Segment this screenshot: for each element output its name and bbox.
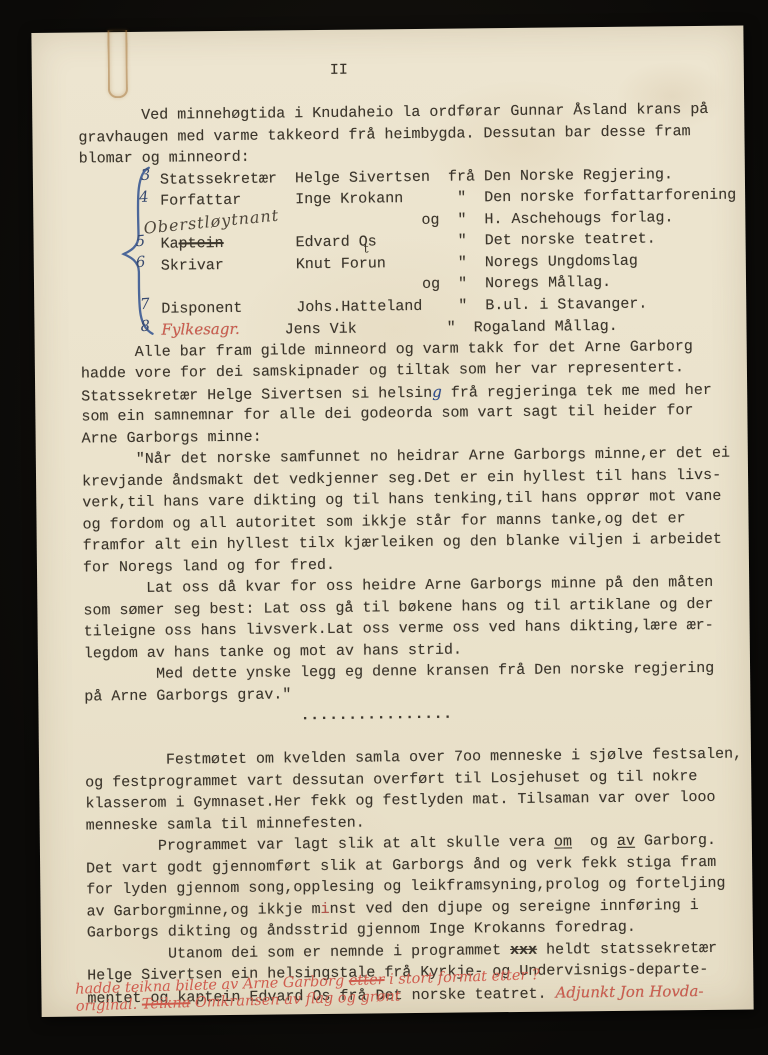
text-segment: blomar og minneord: [79,149,250,168]
text-segment: og " Noregs Mållag. [80,274,611,297]
text-segment-st: Teikna [142,995,191,1013]
text-segment: framfor alt ein hyllest tilx kjærleiken … [83,531,722,555]
text-segment: Garborgs dikting og åndsstrid gjennom In… [87,919,636,942]
text-segment: heldt statssekretær [537,939,717,958]
text-segment: Med dette ynske legg eg denne kransen fr… [84,660,714,684]
margin-number-8: 8 [140,316,151,335]
text-segment-dots: ................ [301,706,453,725]
text-segment-b: g [432,382,442,400]
text-segment: legdom av hans tanke og mot av hans stri… [84,641,462,662]
text-segment-st: etter [349,972,385,989]
text-segment: som ein samnemnar for alle dei godeorda … [81,402,693,425]
text-segment: Jens Vik " Rogaland Mållag. [240,318,618,339]
text-segment: original. [76,997,143,1015]
text-segment-stb: xxx [510,941,537,958]
text-segment: Utanom dei som er nemnde i programmet [87,942,510,963]
text-segment: Garborg. [635,832,716,850]
text-segment: klasserom i Gymnaset.Her fekk og festlyd… [85,789,715,813]
text-segment: tileigne oss hans livsverk.Lat oss verme… [84,617,714,641]
text-segment: Statssekretær Helge Sivertsen si helsin [81,384,432,405]
text-segment: II [78,62,348,82]
paper-page: II Ved minnehøgtida i Knudaheio la ordfø… [31,26,753,1017]
text-segment-u: av [617,833,635,850]
text-segment: Ka [80,235,179,253]
text-segment: hadde vore for dei samskipnader og tilta… [81,359,684,382]
scan-background: { "page": { "language": "Norwegian (Nyno… [0,0,768,1055]
text-segment: for Noregs land og for fred. [83,556,335,576]
margin-number-6: 6 [135,253,146,272]
margin-number-7: 7 [140,294,151,313]
margin-number-3: 3 [140,165,151,184]
text-segment-rt: i [321,900,330,917]
text-segment: Edvard Os " Det norske teatret. [224,230,656,252]
text-segment-r: Fylkesagr. [161,320,239,339]
text-segment-st: ptein [179,235,224,252]
margin-number-annotations: 345678 [31,26,743,33]
margin-number-4: 4 [138,187,149,206]
text-segment: frå regjeringa tek me med her [442,381,712,401]
text-segment: av Garborgminne,og ikkje m [86,901,320,920]
text-segment: menneske samla til minnefesten. [86,814,365,834]
text-segment [84,707,300,726]
text-segment: Programmet var lagt slik at alt skulle v… [86,834,554,856]
text-segment: på Arne Garborgs grav." [84,686,291,705]
typed-text-block: II Ved minnehøgtida i Knudaheio la ordfø… [78,56,750,1009]
text-segment-u: om [554,833,572,850]
handwritten-t-correction: t [364,241,369,255]
text-segment: nst ved den djupe og sereigne innføring … [330,897,699,918]
text-segment: og [572,833,617,850]
text-segment: Arne Garborgs minne: [82,428,262,447]
text-segment: gravhaugen med varme takkeord frå heimby… [78,123,690,146]
